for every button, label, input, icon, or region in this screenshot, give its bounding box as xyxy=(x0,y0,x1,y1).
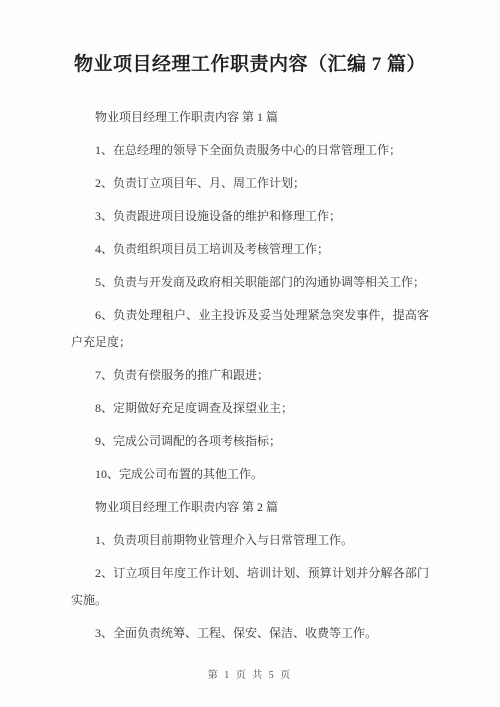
paragraph: 4、负责组织项目员工培训及考核管理工作； xyxy=(71,236,429,263)
paragraph: 3、全面负责统筹、工程、保安、保洁、收费等工作。 xyxy=(71,620,429,647)
paragraph: 3、负责跟进项目设施设备的维护和修理工作； xyxy=(71,203,429,230)
paragraph: 10、完成公司布置的其他工作。 xyxy=(71,461,429,488)
page-number: 第 1 页 共 5 页 xyxy=(0,666,500,681)
paragraph: 6、负责处理租户、业主投诉及妥当处理紧急突发事件，提高客户充足度； xyxy=(71,302,429,356)
paragraph: 8、定期做好充足度调查及探望业主； xyxy=(71,395,429,422)
document-page: 物业项目经理工作职责内容（汇编 7 篇） 物业项目经理工作职责内容 第 1 篇 … xyxy=(0,0,500,707)
document-body: 物业项目经理工作职责内容 第 1 篇 1、在总经理的领导下全面负责服务中心的日常… xyxy=(71,104,429,647)
paragraph: 2、负责订立项目年、月、周工作计划； xyxy=(71,170,429,197)
paragraph: 7、负责有偿服务的推广和跟进； xyxy=(71,362,429,389)
paragraph: 5、负责与开发商及政府相关职能部门的沟通协调等相关工作； xyxy=(71,269,429,296)
document-title: 物业项目经理工作职责内容（汇编 7 篇） xyxy=(0,0,500,80)
paragraph: 1、在总经理的领导下全面负责服务中心的日常管理工作； xyxy=(71,137,429,164)
paragraph: 物业项目经理工作职责内容 第 2 篇 xyxy=(71,494,429,521)
paragraph: 物业项目经理工作职责内容 第 1 篇 xyxy=(71,104,429,131)
paragraph: 1、负责项目前期物业管理介入与日常管理工作。 xyxy=(71,527,429,554)
paragraph: 2、订立项目年度工作计划、培训计划、预算计划并分解各部门实施。 xyxy=(71,560,429,614)
paragraph: 9、完成公司调配的各项考核指标； xyxy=(71,428,429,455)
